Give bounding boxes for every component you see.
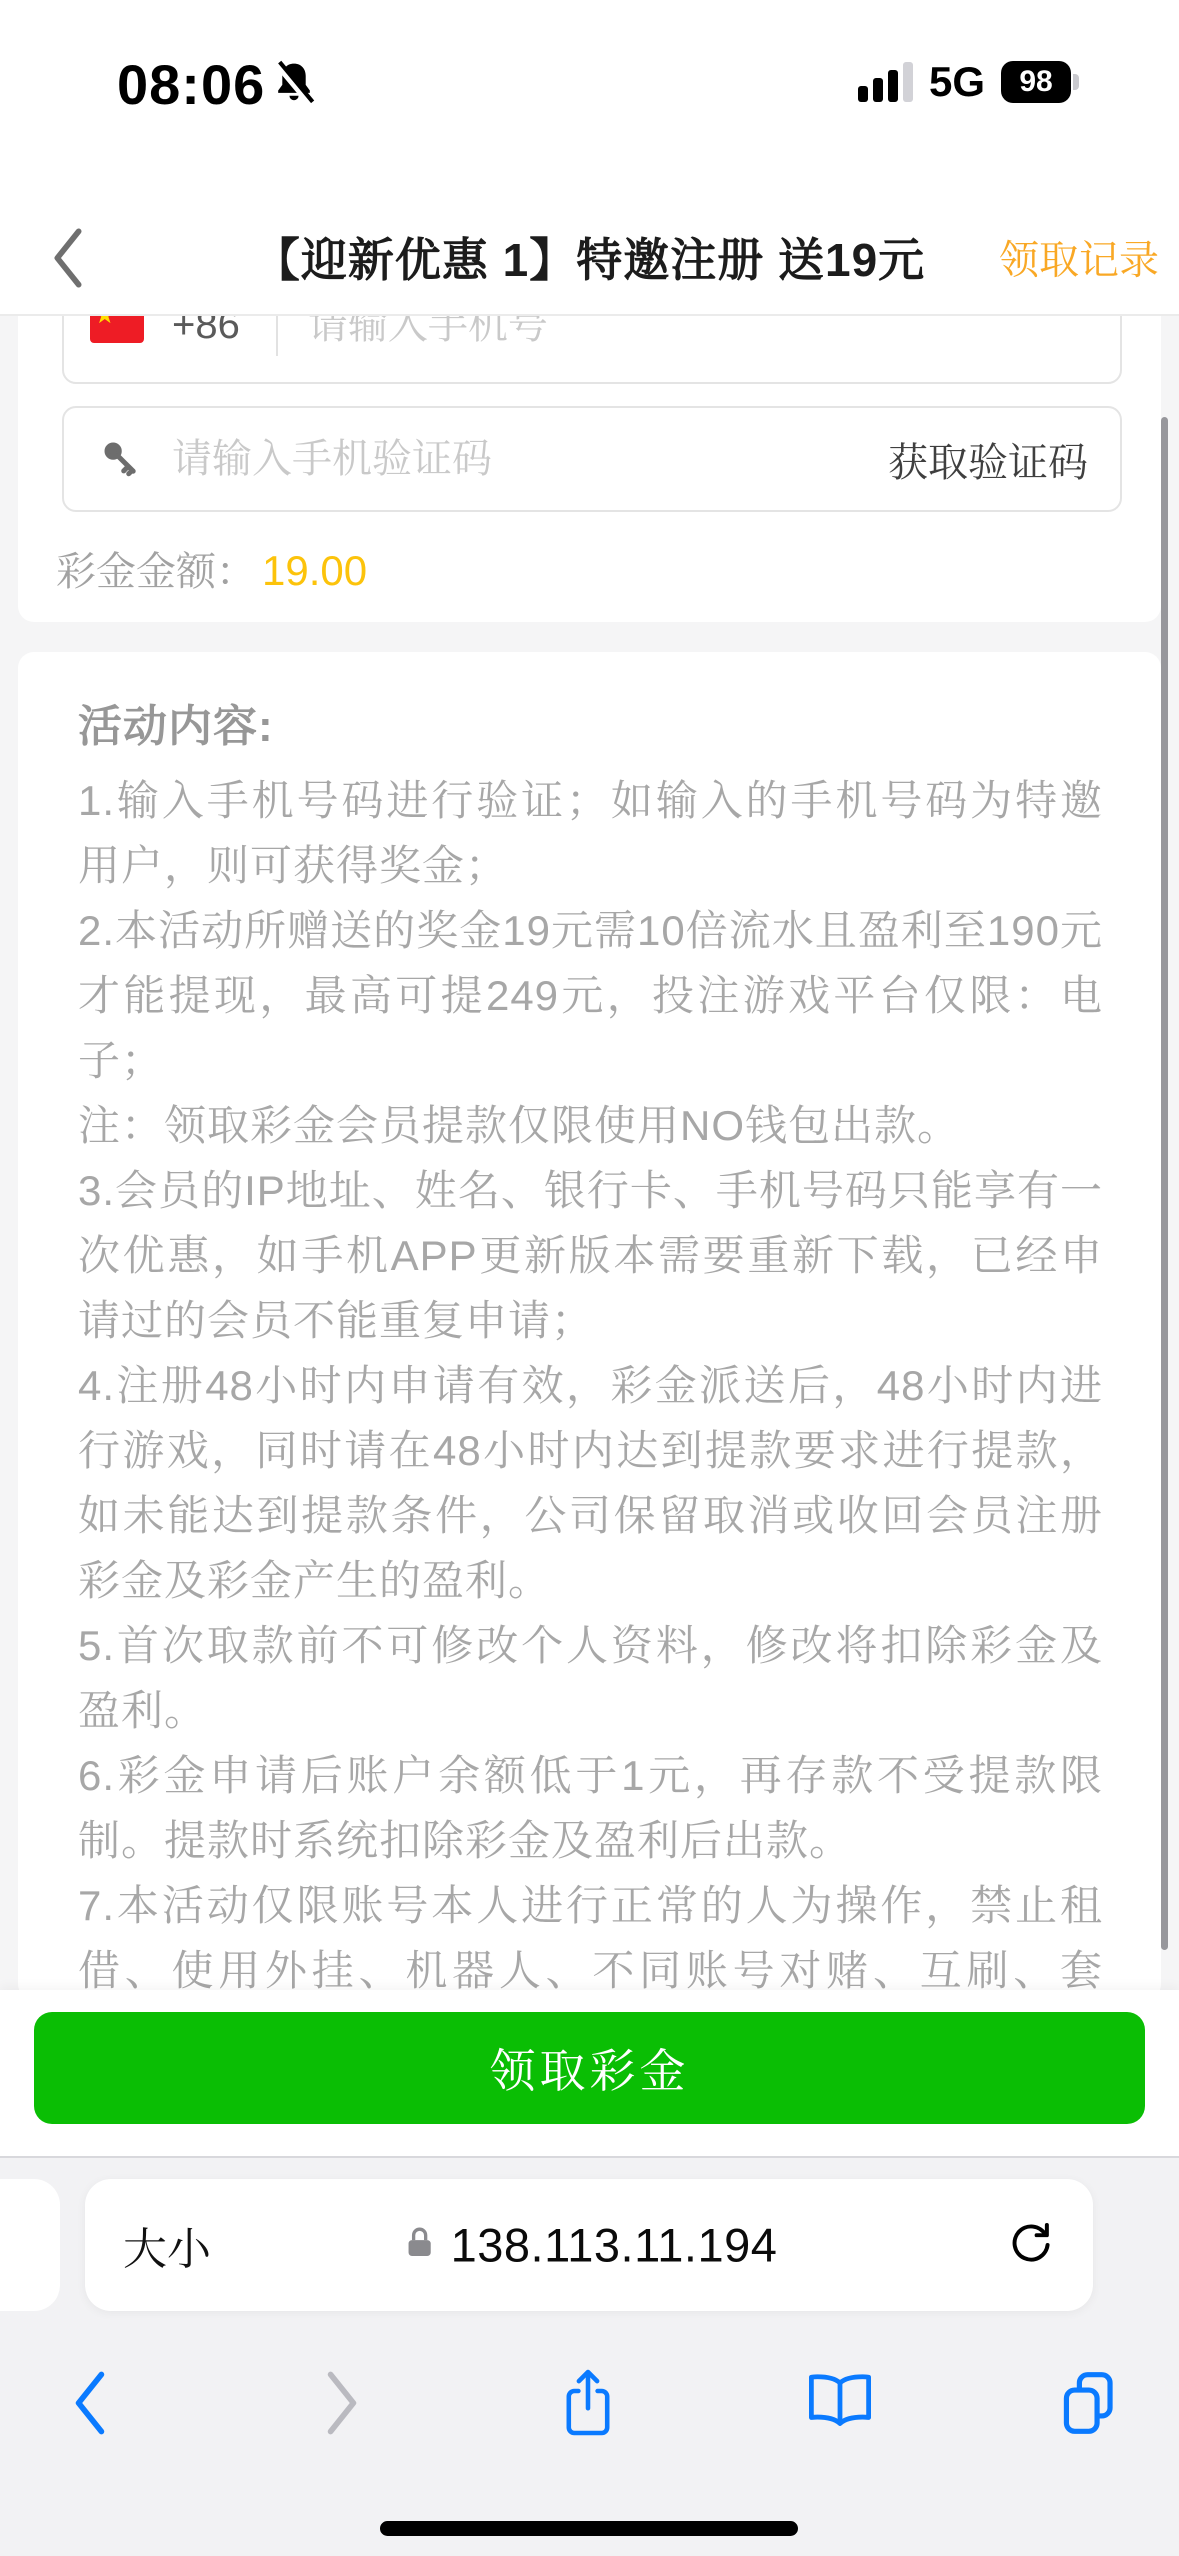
get-code-button[interactable]: 获取验证码 [888,431,1088,488]
tabs-button[interactable] [1045,2354,1135,2454]
chevron-left-icon [50,226,86,293]
chevron-left-icon [71,2368,109,2441]
network-type-label: 5G [929,58,985,106]
adjacent-tab-preview[interactable] [0,2179,60,2311]
rule-item: 7.本活动仅限账号本人进行正常的人为操作，禁止租借、使用外挂、机器人、不同账号对… [78,1873,1103,2000]
back-button[interactable] [38,226,98,292]
claim-bonus-button[interactable]: 领取彩金 [34,2012,1145,2124]
battery-percent: 98 [1001,61,1071,103]
rule-item: 2.本活动所赠送的奖金19元需10倍流水且盈利至190元才能提现，最高可提249… [78,898,1103,1093]
activity-rules-card: 活动内容: 1.输入手机号码进行验证；如输入的手机号码为特邀用户，则可获得奖金；… [18,652,1161,2000]
browser-forward-button[interactable] [297,2354,387,2454]
flag-star: ★ [94,316,116,330]
code-input[interactable] [170,436,888,483]
reload-button[interactable] [1003,2217,1059,2273]
rule-item: 注：领取彩金会员提款仅限使用NO钱包出款。 [78,1093,1103,1158]
phone-input[interactable] [306,316,1120,349]
claim-records-link[interactable]: 领取记录 [999,229,1159,286]
country-code-label[interactable]: +86 [172,316,240,348]
cellular-signal-icon [858,58,913,106]
scrollbar[interactable] [1161,417,1168,1950]
key-icon [98,436,144,482]
text-size-button[interactable]: 大小 [123,2213,211,2277]
chevron-right-icon [323,2368,361,2441]
bookmarks-button[interactable] [795,2354,885,2454]
url-text: 138.113.11.194 [451,2218,778,2273]
share-icon [559,2367,617,2442]
url-display: 138.113.11.194 [401,2218,778,2273]
safari-toolbar [0,2354,1179,2464]
bonus-row: 彩金金额： 19.00 [56,540,367,597]
field-divider [276,316,278,356]
bottom-cta-bar: 领取彩金 [0,1990,1179,2156]
share-button[interactable] [543,2354,633,2454]
rule-item: 3.会员的IP地址、姓名、银行卡、手机号码只能享有一次优惠，如手机APP更新版本… [78,1158,1103,1353]
navigation-bar: 【迎新优惠 1】特邀注册 送19元 领取记录 [0,200,1179,316]
china-flag-icon: ★ [90,316,144,343]
lock-icon [401,2224,439,2267]
verification-code-field: 获取验证码 [62,406,1122,512]
clock-time: 08:06 [117,52,265,117]
notifications-muted-icon [268,58,320,110]
tabs-icon [1057,2370,1123,2439]
phone-field: ★ +86 [62,316,1122,384]
safari-bottom-chrome: 大小 138.113.11.194 [0,2156,1179,2556]
rule-item: 4.注册48小时内申请有效，彩金派送后，48小时内进行游戏，同时请在48小时内达… [78,1353,1103,1613]
iphone-screen: 08:06 5G 98 【迎新优惠 1】特邀注 [0,0,1179,2556]
battery-tip [1073,74,1079,90]
bonus-label: 彩金金额： [56,540,256,597]
page-title: 【迎新优惠 1】特邀注册 送19元 [254,224,925,290]
signup-card: ★ +86 获取验证码 彩金金额： 19.00 [18,316,1161,622]
rule-item: 1.输入手机号码进行验证；如输入的手机号码为特邀用户，则可获得奖金； [78,768,1103,898]
bonus-amount: 19.00 [262,547,367,595]
rule-item: 5.首次取款前不可修改个人资料，修改将扣除彩金及盈利。 [78,1613,1103,1743]
rule-item: 6.彩金申请后账户余额低于1元，再存款不受提款限制。提款时系统扣除彩金及盈利后出… [78,1743,1103,1873]
rules-title: 活动内容: [78,690,1103,754]
browser-back-button[interactable] [45,2354,135,2454]
battery-indicator: 98 [1001,61,1079,103]
status-bar: 08:06 5G 98 [0,0,1179,200]
book-icon [804,2372,876,2437]
home-indicator[interactable] [380,2521,798,2536]
reload-icon [1003,2261,1059,2276]
address-bar[interactable]: 大小 138.113.11.194 [85,2179,1093,2311]
status-indicators: 5G 98 [858,58,1079,106]
